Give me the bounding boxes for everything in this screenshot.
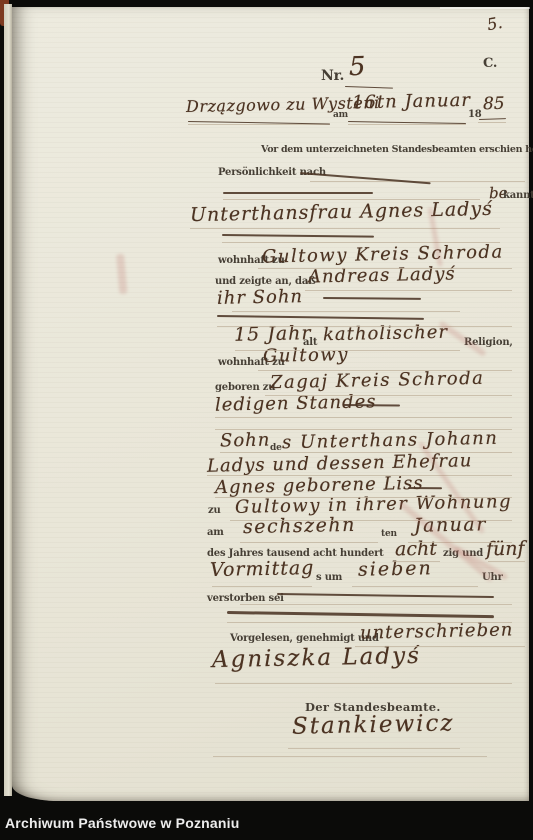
dateline-day-month-handwritten: 16tn Januar <box>352 90 471 113</box>
ink-dash-stroke <box>408 487 442 489</box>
form-rule-line <box>408 542 512 543</box>
vorgelesen-printed: Vorgelesen, genehmigt und <box>230 633 379 644</box>
form-rule-line <box>258 268 512 269</box>
geboren-zu-label: geboren zu <box>215 382 275 393</box>
deceased-residence-handwritten: Gultowy <box>263 344 349 367</box>
nr-label: Nr. <box>321 68 344 84</box>
form-rule-line <box>222 242 500 243</box>
handwritten-page-number: 5. <box>485 13 503 34</box>
page-edge <box>4 4 12 796</box>
form-rule-line <box>215 683 512 684</box>
form-rule-line <box>215 429 512 430</box>
document-scan: 5. C. Nr. 5 Drzązgowo zu Wysteni am 16tn… <box>0 0 533 840</box>
dateline-place-handwritten: Drzązgowo zu Wysteni <box>186 93 380 116</box>
am-label: am <box>207 527 224 538</box>
ink-dash-stroke <box>223 192 373 194</box>
form-rule-line <box>305 290 512 291</box>
form-rule-line <box>217 326 512 327</box>
form-rule-line <box>488 561 525 562</box>
relation-handwritten: ihr Sohn <box>217 286 303 309</box>
nr-value-handwritten: 5 <box>349 52 366 82</box>
daypart-handwritten: Vormittag <box>210 557 315 581</box>
form-rule-line <box>207 475 512 476</box>
s-um-printed: s um <box>316 572 342 583</box>
declarant-signature: Agniszka Ladyś <box>212 643 421 673</box>
form-rule-line <box>215 497 512 498</box>
bekannt-printed: kannt, <box>503 190 533 201</box>
form-rule-line <box>352 586 478 587</box>
unterschrieben-handwritten: unterschrieben <box>360 619 514 643</box>
archive-caption: Archiwum Państwowe w Poznaniu <box>5 815 240 831</box>
form-intro-printed: Vor dem unterzeichneten Standesbeamten e… <box>261 144 533 155</box>
form-rule-line <box>220 452 512 453</box>
form-rule-line <box>223 199 480 200</box>
dateline-year-handwritten: 85 <box>483 94 505 114</box>
form-rule-line <box>232 311 460 312</box>
zu-label: zu <box>208 505 221 516</box>
form-rule-line <box>355 646 525 647</box>
page-top-edge-highlight <box>440 7 530 9</box>
form-rule-line <box>230 520 512 521</box>
form-rule-line <box>348 124 466 125</box>
death-day-handwritten: sechszehn <box>243 514 356 538</box>
section-letter: C. <box>483 56 497 71</box>
form-rule-line <box>240 604 512 605</box>
form-rule-line <box>227 622 512 623</box>
verstorben-sei-printed: verstorben sei <box>207 593 284 604</box>
form-rule-line <box>393 561 440 562</box>
form-rule-line <box>258 370 512 371</box>
form-rule-line <box>288 748 460 749</box>
form-rule-line <box>240 542 378 543</box>
form-rule-line <box>213 756 487 757</box>
form-rule-line <box>212 586 312 587</box>
dateline-am-printed: am <box>333 110 348 120</box>
form-rule-line <box>215 417 512 418</box>
form-rule-line <box>235 350 300 351</box>
form-rule-line <box>188 124 330 125</box>
form-rule-line <box>318 350 460 351</box>
form-rule-line <box>265 395 512 396</box>
birthplace-handwritten: Zagaj Kreis Schroda <box>270 368 485 393</box>
form-rule-line <box>478 122 506 123</box>
registrar-signature: Stankiewicz <box>292 710 455 739</box>
form-rule-line <box>190 228 500 229</box>
parents-sohn-handwritten: Sohn <box>220 429 271 451</box>
